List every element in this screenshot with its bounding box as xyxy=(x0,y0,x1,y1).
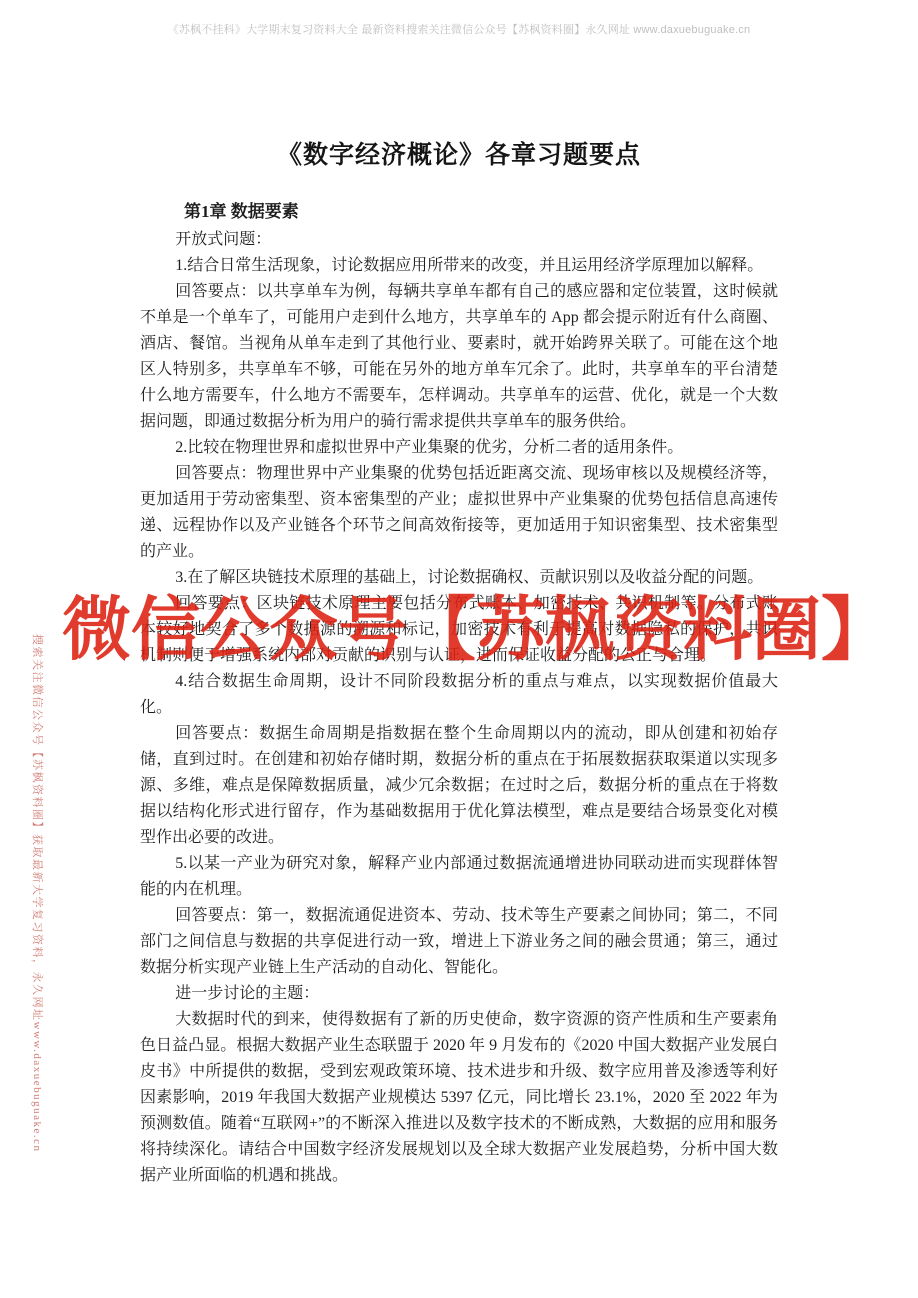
paragraph: 大数据时代的到来，使得数据有了新的历史使命，数字资源的资产性质和生产要素角色日益… xyxy=(140,1007,778,1189)
paragraph: 回答要点：以共享单车为例，每辆共享单车都有自己的感应器和定位装置，这时候就不单是… xyxy=(140,279,778,435)
paragraph: 5.以某一产业为研究对象，解释产业内部通过数据流通增进协同联动进而实现群体智能的… xyxy=(140,851,778,903)
chapter-heading: 第1章 数据要素 xyxy=(184,197,299,222)
paragraph: 回答要点：物理世界中产业集聚的优势包括近距离交流、现场审核以及规模经济等，更加适… xyxy=(140,461,778,565)
paragraph: 回答要点：第一，数据流通促进资本、劳动、技术等生产要素之间协同；第二，不同部门之… xyxy=(140,903,778,981)
paragraph: 4.结合数据生命周期，设计不同阶段数据分析的重点与难点，以实现数据价值最大化。 xyxy=(140,669,778,721)
document-title: 《数字经济概论》各章习题要点 xyxy=(0,135,918,171)
paragraph: 2.比较在物理世界和虚拟世界中产业集聚的优劣，分析二者的适用条件。 xyxy=(140,435,778,461)
paragraph: 回答要点：区块链技术原理主要包括分布式账本、加密技术、共识机制等。分布式账本较好… xyxy=(140,591,778,669)
paragraph: 开放式问题： xyxy=(140,227,778,253)
paragraph: 进一步讨论的主题： xyxy=(140,981,778,1007)
paragraph: 3.在了解区块链技术原理的基础上，讨论数据确权、贡献识别以及收益分配的问题。 xyxy=(140,565,778,591)
red-watermark-vertical-left: 搜索关注微信公众号【苏枫资料圈】获取最新大学复习资料，永久网址www.daxue… xyxy=(27,634,46,1153)
paragraph: 回答要点：数据生命周期是指数据在整个生命周期以内的流动，即从创建和初始存储，直到… xyxy=(140,721,778,851)
paragraph: 1.结合日常生活现象，讨论数据应用所带来的改变，并且运用经济学原理加以解释。 xyxy=(140,253,778,279)
header-watermark-note: 《苏枫不挂科》大学期末复习资料大全 最新资料搜索关注微信公众号【苏枫资料圈】永久… xyxy=(0,21,918,37)
document-body: 开放式问题： 1.结合日常生活现象，讨论数据应用所带来的改变，并且运用经济学原理… xyxy=(140,227,778,1189)
document-page: 《苏枫不挂科》大学期末复习资料大全 最新资料搜索关注微信公众号【苏枫资料圈】永久… xyxy=(0,0,918,1298)
